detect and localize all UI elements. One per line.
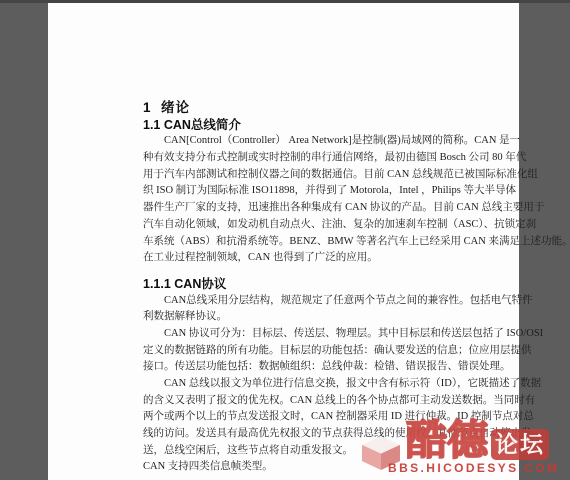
body-text-line: 线的访问。发送具有最高优先权报文的节点获得总线的使用权，其他节点自动停止发: [143, 426, 525, 443]
body-text-line: 车系统（ABS）和抗滑系统等。BENZ、BMW 等著名汽车上已经采用 CAN 来…: [143, 234, 525, 251]
body-text-line: CAN 支持四类信息帧类型。: [143, 459, 525, 476]
body-text-line: 两个或两个以上的节点发送报文时，CAN 控制器采用 ID 进行仲裁。ID 控制节…: [143, 409, 525, 426]
body-text-line: 接口。传送层功能包括：数据帧组织：总线仲裁：检错、错误报告、错误处理。: [143, 359, 525, 376]
body-text-line: 定义的数据链路的所有功能。目标层的功能包括：确认要发送的信息；位应用层提供: [143, 343, 525, 360]
body-text-line: CAN[Control（Controller） Area Network]是控制…: [143, 133, 525, 150]
body-text-line: 织 ISO 制订为国际标准 ISO11898，并得到了 Motorola，Int…: [143, 183, 525, 200]
document-content: 1 绪论1.1 CAN总线简介 CAN[Control（Controller） …: [143, 100, 525, 476]
body-text-line: 汽车自动化领域，如发动机自动点火、注油、复杂的加速刹车控制（ASC）、抗锁定刹: [143, 217, 525, 234]
body-text-line: 利数据解释协议。: [143, 309, 525, 326]
body-text-line: 在工业过程控制领域，CAN 也得到了广泛的应用。: [143, 250, 525, 267]
body-text-line: 种有效支持分布式控制或实时控制的串行通信网络，最初由德国 Bosch 公司 80…: [143, 150, 525, 167]
body-text-line: 器件生产厂家的支持，迅速推出各种集成有 CAN 协议的产品。目前 CAN 总线主…: [143, 200, 525, 217]
document-page: 1 绪论1.1 CAN总线简介 CAN[Control（Controller） …: [48, 3, 519, 480]
section-heading: 1.1.1 CAN协议: [143, 276, 525, 293]
body-text-line: CAN 总线以报文为单位进行信息交换，报文中含有标示符（ID），它既描述了数据: [143, 376, 525, 393]
section-heading: 1 绪论: [143, 100, 525, 117]
body-text-line: 送，总线空闲后，这些节点将自动重发报文。: [143, 443, 525, 460]
body-text-line: CAN总线采用分层结构，规范规定了任意两个节点之间的兼容性。包括电气特件: [143, 293, 525, 310]
body-text-line: 用于汽车内部测试和控制仪器之间的数据通信。目前 CAN 总线规范已被国际标准化组: [143, 167, 525, 184]
section-heading: 1.1 CAN总线简介: [143, 117, 525, 134]
body-text-line: 的含义又表明了报文的优先权。CAN 总线上的各个协点都可主动发送数据。当同时有: [143, 393, 525, 410]
body-text-line: CAN 协议可分为：目标层、传送层、物理层。其中目标层和传送层包括了 ISO/O…: [143, 326, 525, 343]
